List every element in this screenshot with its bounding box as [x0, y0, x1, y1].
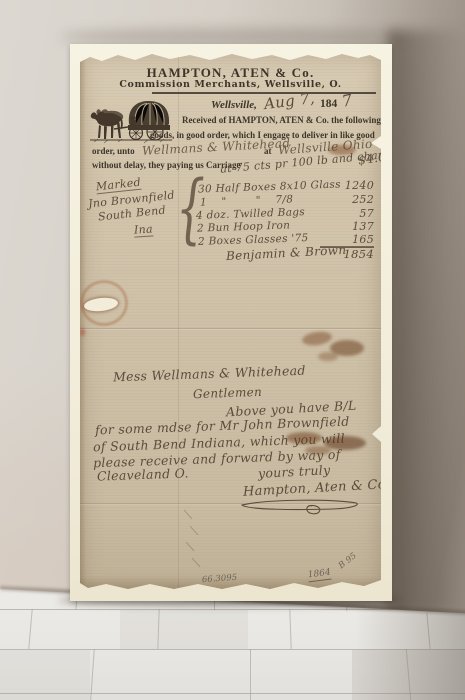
- paper-edge-shading: [80, 52, 86, 592]
- item-amount: 57: [320, 208, 374, 219]
- letter-salutation: Mess Wellmans & Whitehead: [113, 365, 306, 384]
- horse-team: [91, 109, 123, 139]
- brown-stain: [286, 432, 322, 444]
- pencil-scribble: [192, 558, 201, 568]
- tile-shading: [0, 650, 90, 700]
- company-name: HAMPTON, ATEN & Co.: [80, 66, 381, 79]
- pencil-catalog-number: 66.3095: [202, 574, 238, 585]
- fold-crease: [80, 328, 381, 329]
- item-amount: 1240: [320, 180, 374, 191]
- mat-board: HAMPTON, ATEN & Co. Commission Merchants…: [70, 44, 392, 601]
- pencil-scribble: [190, 526, 199, 536]
- item-amount: 252: [320, 194, 374, 205]
- pencil-scribble: [186, 542, 195, 552]
- letter-gentlemen: Gentlemen: [193, 386, 262, 400]
- total-amount: 1854: [320, 247, 374, 261]
- marks-line4: Ina: [134, 223, 154, 237]
- item-desc: 2 Bun Hoop Iron: [197, 220, 291, 234]
- carriage-line: without delay, they paying us Carriage: [92, 161, 241, 170]
- at-label: at: [264, 147, 272, 156]
- brown-stain: [301, 330, 333, 347]
- red-stain-dot: [80, 328, 85, 336]
- floor-grout-line: [28, 609, 32, 649]
- received-line: Received of HAMPTON, ATEN & Co. the foll…: [182, 116, 381, 125]
- carriage-amount: $4.08: [357, 150, 394, 167]
- floor-grout-line: [250, 649, 251, 700]
- wagon-driver: [131, 116, 136, 121]
- document-paper: HAMPTON, ATEN & Co. Commission Merchants…: [80, 52, 381, 592]
- brown-stain: [318, 352, 338, 361]
- handwritten-date: Aug 7,: [263, 91, 315, 112]
- company-subtitle: Commission Merchants, Wellsville, O.: [80, 80, 381, 90]
- dateline-year-printed: 184: [320, 99, 337, 111]
- floor-grout-line: [289, 609, 291, 649]
- tile-shading: [120, 610, 248, 649]
- pencil-mark: B 95: [337, 552, 358, 571]
- photo-scene: HAMPTON, ATEN & Co. Commission Merchants…: [0, 0, 465, 700]
- dateline-place: Wellsville,: [211, 100, 257, 111]
- handwritten-year-digit: 7: [341, 92, 354, 110]
- brown-stain: [328, 145, 356, 155]
- letter-closing: yours truly: [258, 464, 331, 480]
- pencil-scribble: [184, 510, 193, 520]
- order-unto-label: order, unto: [92, 147, 135, 156]
- item-amount: 137: [320, 221, 374, 232]
- signature-flourish-icon: [238, 496, 362, 516]
- board-cast-shadow: [388, 30, 465, 615]
- letter-line5: Cleaveland O.: [97, 467, 189, 483]
